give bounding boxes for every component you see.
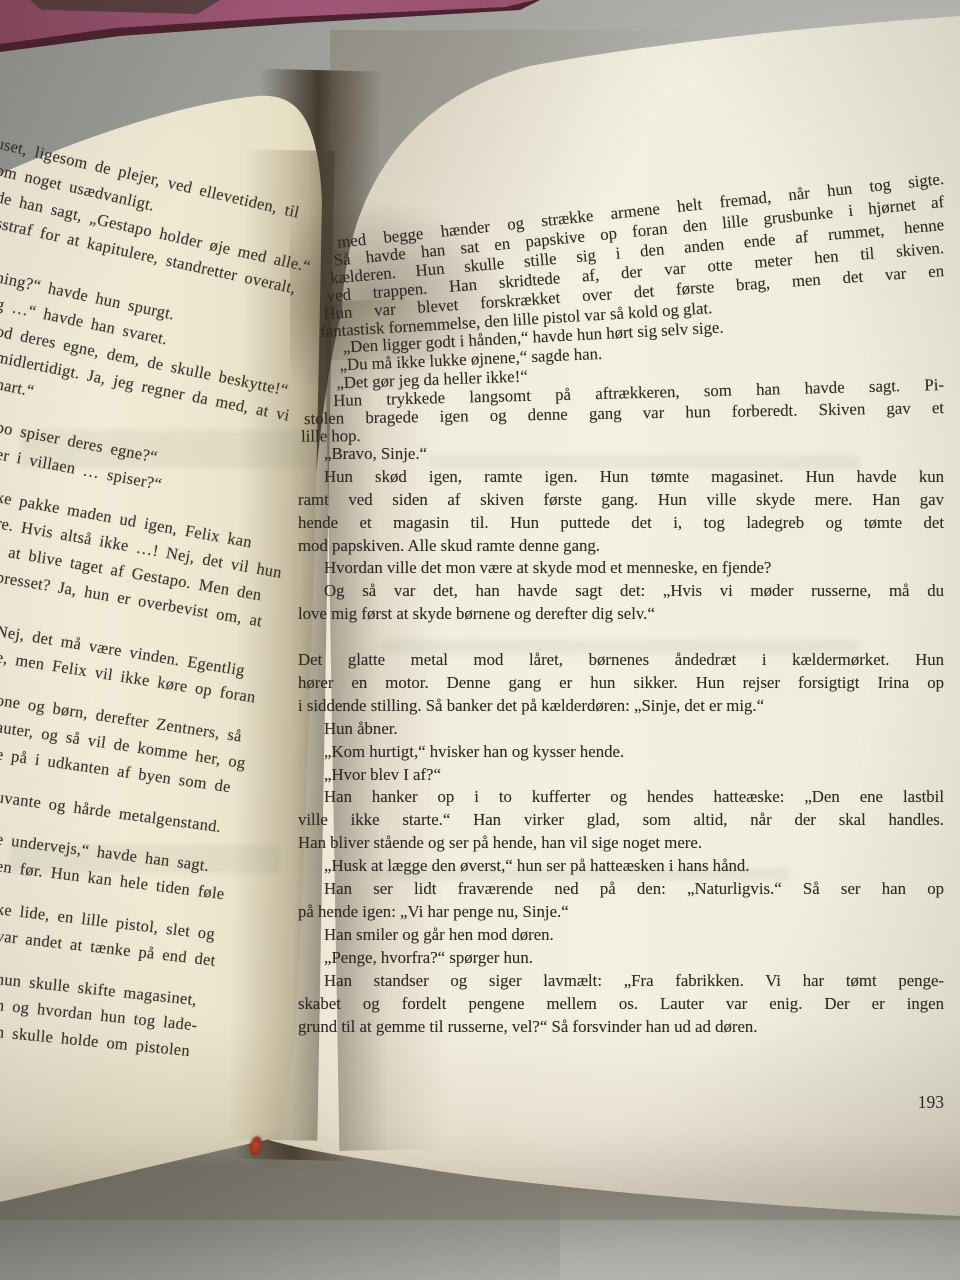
book-photo: uset, ligesom de plejer, ved ellevetiden…	[0, 0, 960, 1280]
text-line: grund til at gemme til russerne, vel?“ S…	[298, 1016, 944, 1039]
text-line: mod papskiven. Alle skud ramte denne gan…	[298, 535, 944, 558]
text-line: Hun åbner.	[298, 718, 944, 741]
text-line: hører en motor. Denne gang er hun sikker…	[298, 672, 944, 695]
text-line: ville ikke starte.“ Han virker glad, som…	[298, 809, 944, 832]
text-line: Han standser og siger lavmælt: „Fra fabr…	[298, 970, 944, 993]
text-line: skabet og fordelt pengene mellem os. Lau…	[298, 993, 944, 1016]
text-line: Han ser lidt fraværende ned på den: „Nat…	[298, 878, 944, 901]
right-page-text: med begge hænder og strække armene helt …	[298, 168, 944, 1038]
text-line: „Penge, hvorfra?“ spørger hun.	[298, 947, 944, 970]
text-line: Hvordan ville det mon være at skyde mod …	[298, 557, 944, 580]
text-line: Og så var det, han havde sagt det: „Hvis…	[298, 580, 944, 603]
text-line: hende et magasin til. Hun puttede det i,…	[298, 512, 944, 535]
text-line: „Husk at lægge den øverst,“ hun ser på h…	[298, 855, 944, 878]
text-line: Han smiler og går hen mod døren.	[298, 924, 944, 947]
text-line: Han bliver stående og ser på hende, han …	[298, 832, 944, 855]
text-line: Han hanker op i to kufferter og hendes h…	[298, 786, 944, 809]
page-number: 193	[298, 1092, 960, 1113]
text-line: ramt ved siden af skiven første gang. Hu…	[298, 489, 944, 512]
text-line: love mig først at skyde børnene og deref…	[298, 603, 944, 626]
text-line: „Hvor blev I af?“	[298, 764, 944, 787]
paragraph-gap	[298, 626, 944, 649]
text-line: i siddende stilling. Så banker det på kæ…	[298, 695, 944, 718]
text-line: Det glatte metal mod låret, børnenes ånd…	[298, 649, 944, 672]
text-line: Hun skød igen, ramte igen. Hun tømte mag…	[298, 466, 944, 489]
text-line: „Kom hurtigt,“ hvisker han og kysser hen…	[298, 741, 944, 764]
text-line: på hende igen: „Vi har penge nu, Sinje.“	[298, 901, 944, 924]
